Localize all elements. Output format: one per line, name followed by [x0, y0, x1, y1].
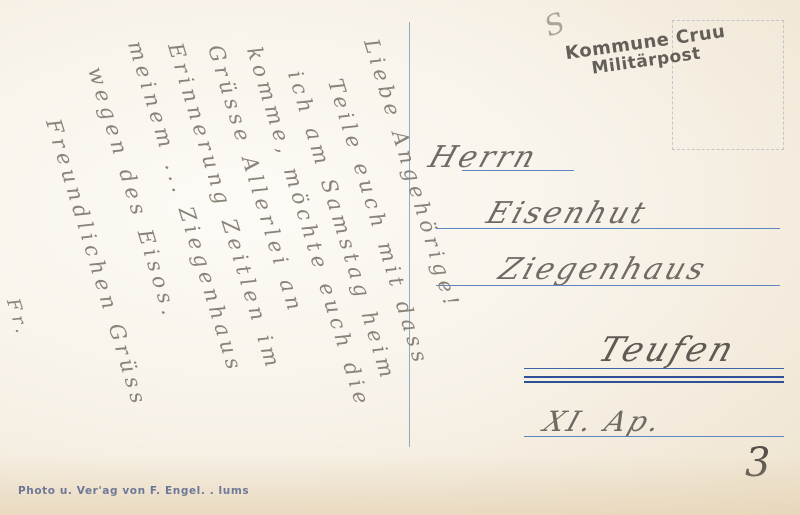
address-city: Teufen [594, 330, 742, 370]
address-underline-3 [436, 285, 780, 286]
address-underline-4a [524, 368, 784, 369]
address-name: Eisenhut [482, 196, 652, 231]
message-signature: Fr. [2, 296, 34, 340]
handwritten-number: 3 [745, 440, 770, 486]
publisher-imprint: Photo u. Ver'ag von F. Engel. . lums [18, 485, 249, 497]
address-underline-5 [524, 436, 784, 437]
address-line-3: Ziegenhaus [494, 252, 712, 287]
address-underline-2 [436, 228, 780, 229]
address-underline-4b [524, 376, 784, 378]
handwritten-message: Liebe Angehörige! Teile euch mit dass ic… [10, 16, 400, 486]
center-divider-line [409, 22, 410, 447]
address-line-5: XI. Ap. [540, 405, 668, 438]
postcard-back: S Kommune Cruu Militärpost Herrn Eisenhu… [0, 0, 800, 515]
address-underline-1 [462, 170, 574, 171]
stamp-scribble-mark: S [540, 6, 569, 44]
address-underline-4c [524, 381, 784, 383]
